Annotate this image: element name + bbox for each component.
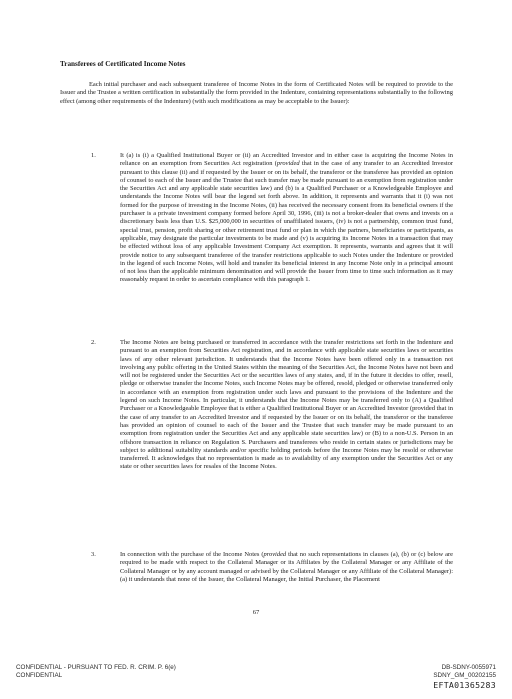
- bates-number-db: DB-SDNY-0055971: [433, 664, 496, 672]
- document-page: Transferees of Certificated Income Notes…: [0, 0, 512, 699]
- list-item-number: 2.: [91, 339, 96, 346]
- list-item-text: In connection with the purchase of the I…: [120, 551, 453, 584]
- page-number: 67: [0, 609, 512, 616]
- list-item-number: 1.: [91, 152, 96, 159]
- section-heading: Transferees of Certificated Income Notes: [60, 60, 185, 68]
- bates-footer: DB-SDNY-0055971 SDNY_GM_00202155 EFTA013…: [433, 664, 496, 690]
- list-item-text: The Income Notes are being purchased or …: [120, 339, 453, 472]
- confidentiality-footer: CONFIDENTIAL - PURSUANT TO FED. R. CRIM.…: [16, 664, 176, 680]
- list-item-2: 2. The Income Notes are being purchased …: [60, 339, 453, 472]
- bates-number-efta: EFTA01365283: [433, 680, 496, 690]
- list-item-3: 3. In connection with the purchase of th…: [60, 551, 453, 584]
- list-item-number: 3.: [91, 551, 96, 558]
- confidential-label: CONFIDENTIAL: [16, 672, 176, 680]
- confidential-notice: CONFIDENTIAL - PURSUANT TO FED. R. CRIM.…: [16, 664, 176, 672]
- list-item-1: 1. It (a) is (i) a Qualified Institution…: [60, 152, 453, 285]
- bates-number-sdny: SDNY_GM_00202155: [433, 672, 496, 680]
- intro-paragraph: Each initial purchaser and each subseque…: [60, 81, 453, 106]
- list-item-text: It (a) is (i) a Qualified Institutional …: [120, 152, 453, 285]
